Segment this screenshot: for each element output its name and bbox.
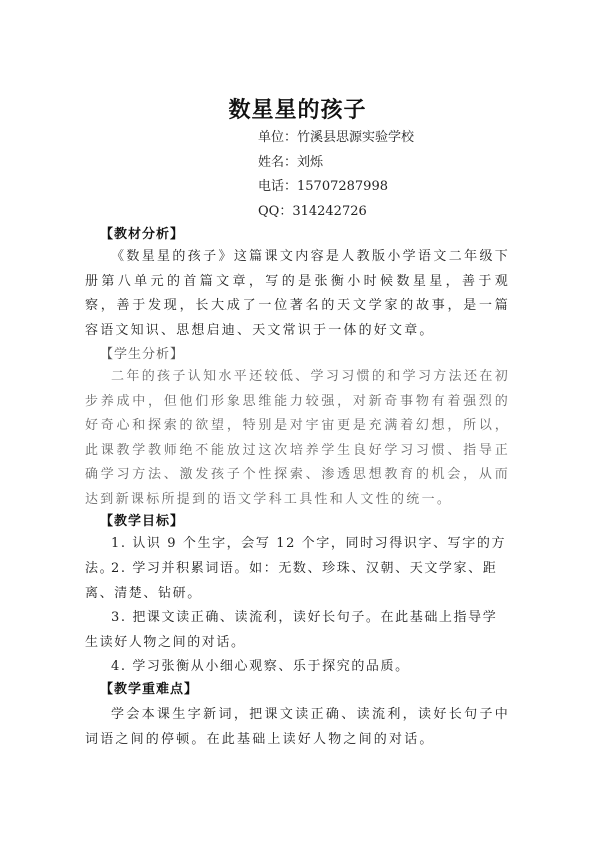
section-heading-material: 【教材分析】 bbox=[100, 227, 184, 243]
section-body-students: 二年的孩子认知水平还较低、学习习惯的和学习方法还在初步养成中，但他们形象思维能力… bbox=[85, 365, 510, 512]
info-qq: QQ：314242726 bbox=[258, 204, 367, 220]
section-heading-goals: 【教学目标】 bbox=[100, 514, 184, 530]
info-name: 姓名：刘烁 bbox=[258, 155, 323, 171]
info-phone: 电话：15707287998 bbox=[258, 179, 388, 195]
section-body-material: 《数星星的孩子》这篇课文内容是人教版小学语文二年级下册第八单元的首篇文章，写的是… bbox=[85, 245, 510, 343]
section-body-key-points: 学会本课生字新词，把课文读正确、读流利，读好长句子中词语之间的停顿。在此基础上读… bbox=[85, 703, 510, 752]
document-title: 数星星的孩子 bbox=[0, 93, 595, 124]
info-unit: 单位：竹溪县思源实验学校 bbox=[258, 130, 414, 146]
section-heading-students: 【学生分析】 bbox=[100, 347, 184, 363]
goal-item-3: 3. 把课文读正确、读流利，读好长句子。在此基础上指导学生读好人物之间的对话。 bbox=[85, 606, 510, 655]
goal-item-2: 2. 学习并积累词语。如：无数、珍珠、汉朝、天文学家、距离、清楚、钻研。 bbox=[85, 557, 510, 606]
goal-item-4: 4. 学习张衡从小细心观察、乐于探究的品质。 bbox=[85, 655, 510, 680]
section-heading-key-points: 【教学重难点】 bbox=[100, 682, 198, 698]
